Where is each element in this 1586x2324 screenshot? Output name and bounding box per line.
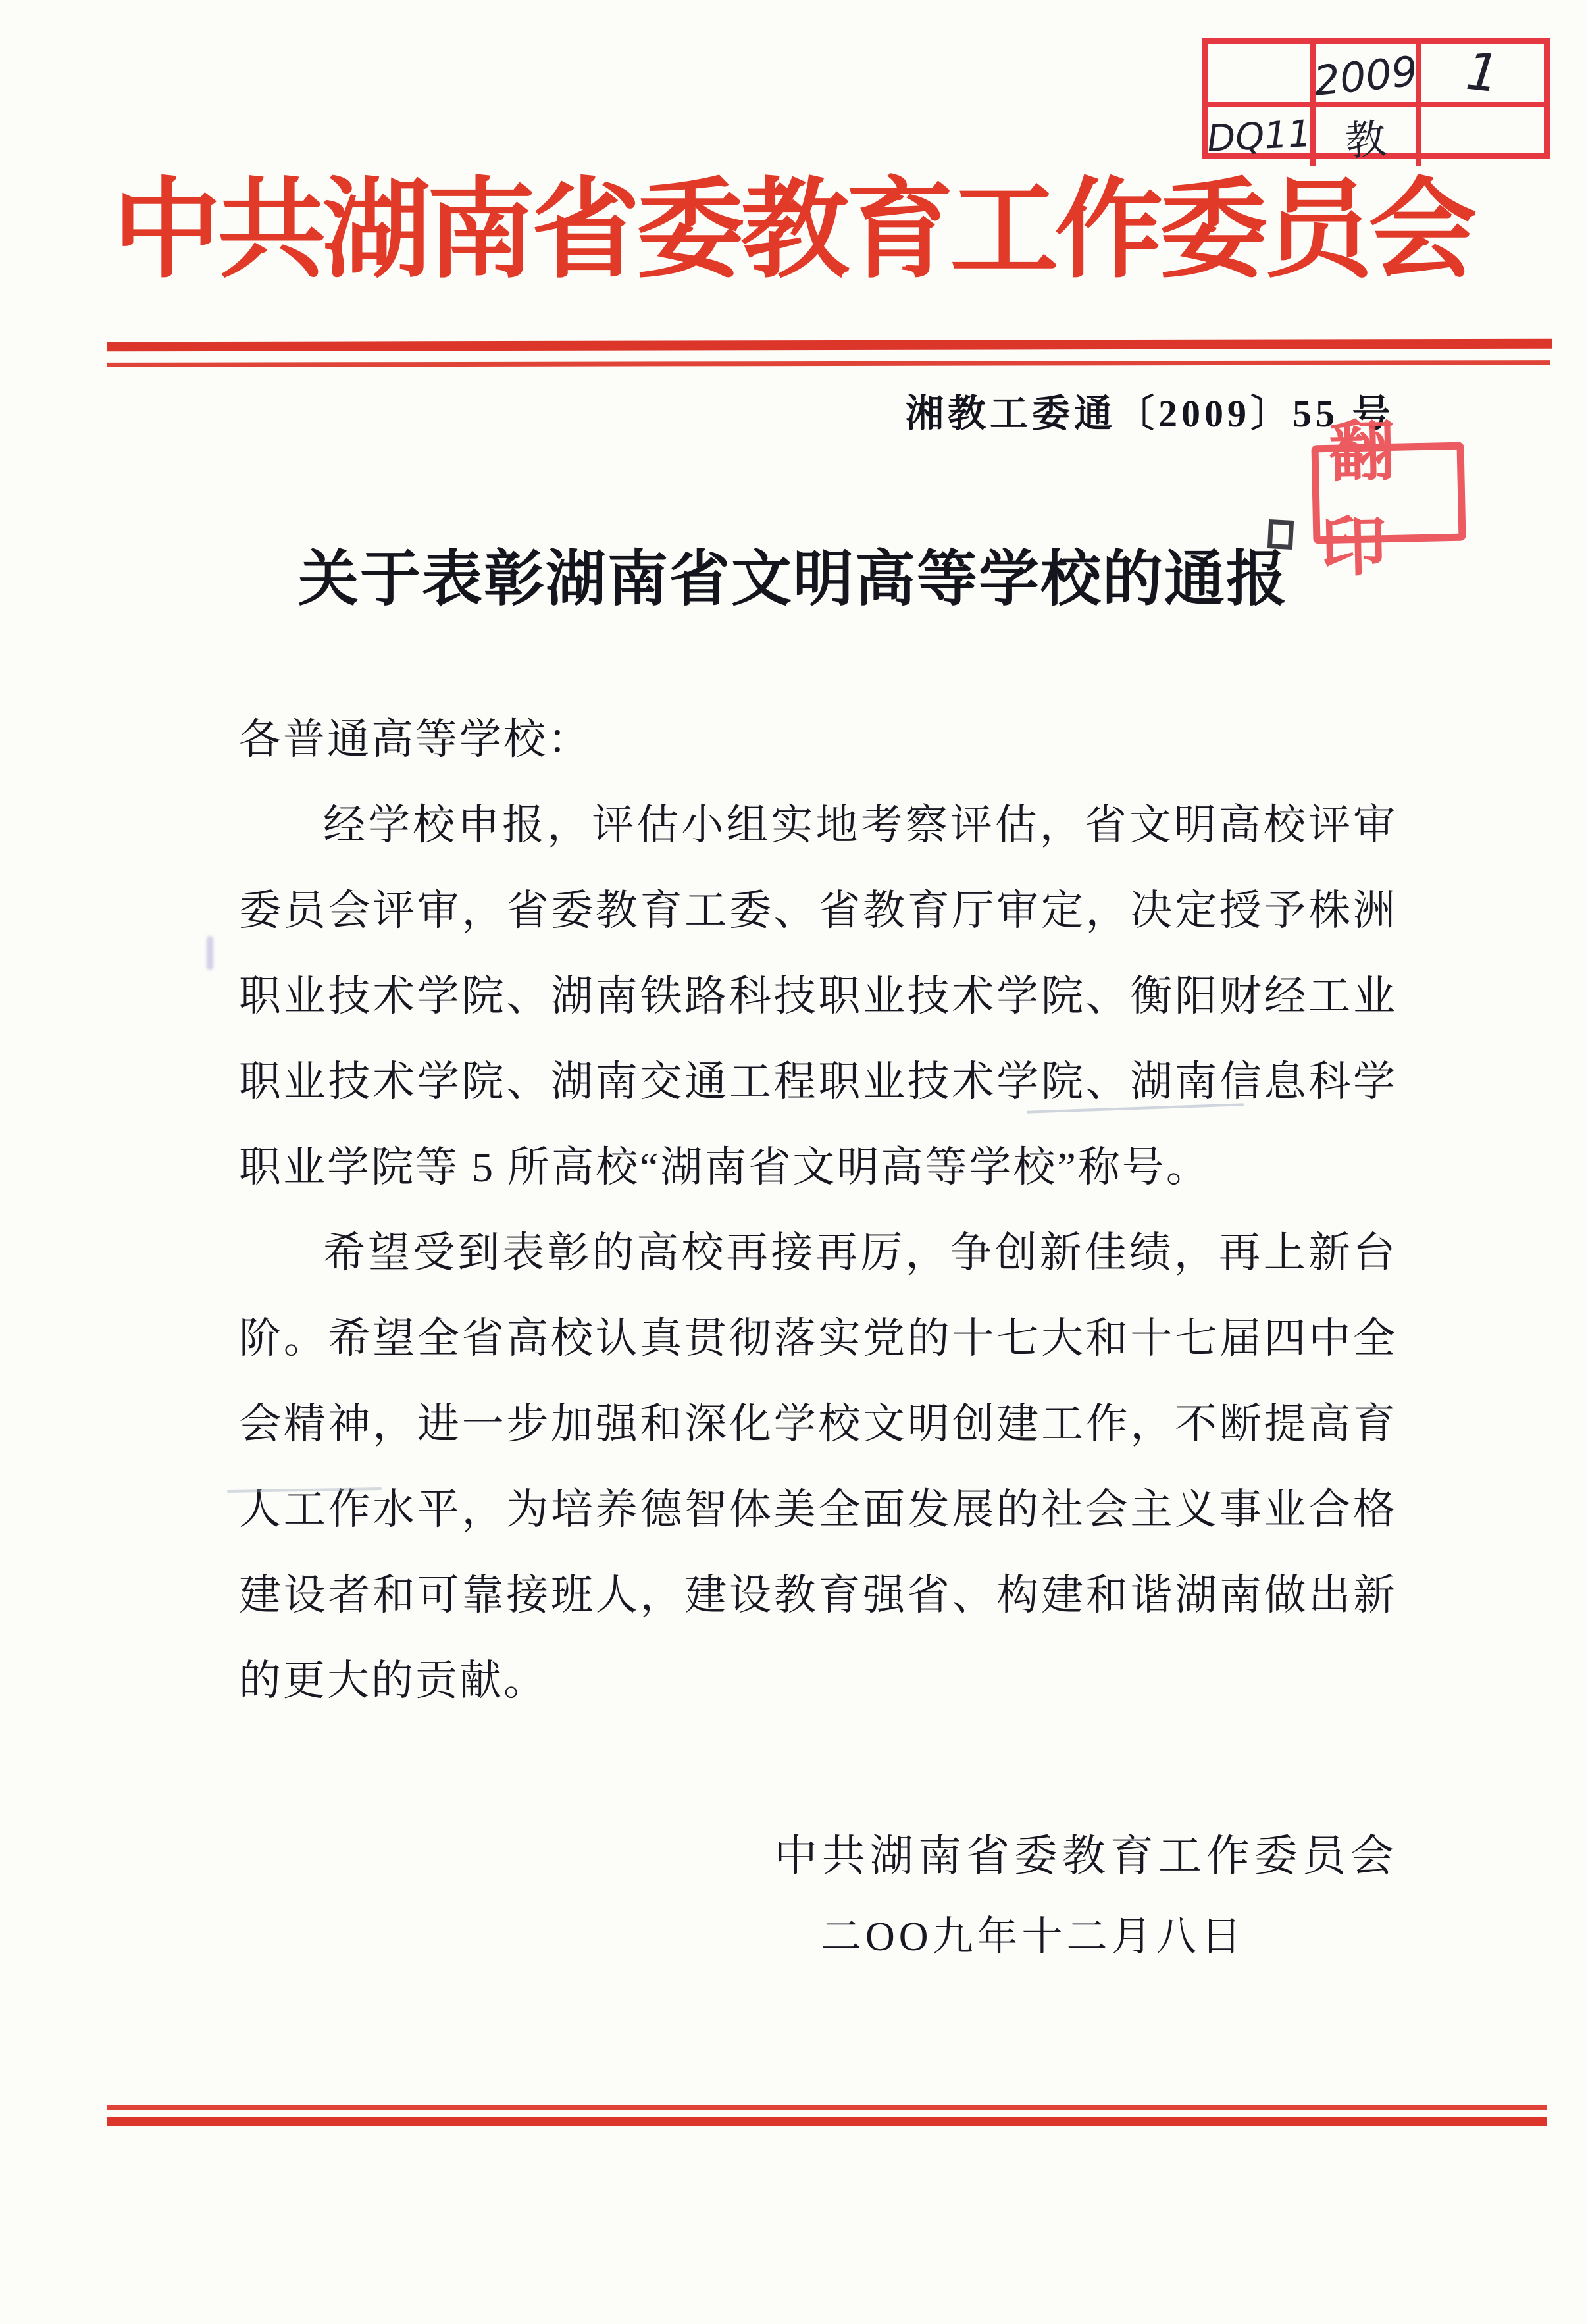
handwritten-number: 1 bbox=[1463, 42, 1502, 105]
handwritten-year: 2009 bbox=[1312, 46, 1420, 105]
handwritten-code: DQ11 bbox=[1206, 113, 1312, 161]
letterhead-org-title: 中共湖南省委教育工作委员会 bbox=[0, 162, 1586, 300]
scan-smudge-artifact bbox=[207, 936, 213, 970]
filing-registry-box: 2009 1 DQ11 教 bbox=[1202, 38, 1550, 159]
footer-rule-thin bbox=[107, 2105, 1547, 2110]
filing-cell-empty bbox=[1208, 44, 1316, 107]
letterhead-rule-thin bbox=[107, 360, 1550, 367]
reprint-stamp: 翻印 bbox=[1311, 442, 1466, 544]
scanned-document-page: 2009 1 DQ11 教 中共湖南省委教育工作委员会 湘教工委通〔2009〕5… bbox=[0, 0, 1586, 2324]
document-title: 关于表彰湖南省文明高等学校的通报 bbox=[0, 530, 1586, 617]
body-paragraph-1: 经学校申报，评估小组实地考察评估，省文明高校评审委员会评审，省委教育工委、省教育… bbox=[239, 783, 1397, 1210]
handwritten-category: 教 bbox=[1343, 106, 1388, 167]
salutation-line: 各普通高等学校： bbox=[239, 697, 1397, 783]
document-body: 各普通高等学校： 经学校申报，评估小组实地考察评估，省文明高校评审委员会评审，省… bbox=[239, 697, 1397, 1724]
filing-cell-empty2 bbox=[1421, 107, 1544, 166]
footer-rule-thick bbox=[107, 2117, 1547, 2126]
signature-organization: 中共湖南省委教育工作委员会 bbox=[774, 1820, 1398, 1883]
letterhead-rule-thick bbox=[107, 339, 1552, 352]
body-paragraph-2: 希望受到表彰的高校再接再厉，争创新佳绩，再上新台阶。希望全省高校认真贯彻落实党的… bbox=[239, 1210, 1397, 1724]
filing-cell-year: 2009 bbox=[1316, 44, 1421, 107]
filing-cell-number: 1 bbox=[1421, 44, 1544, 107]
filing-cell-category: 教 bbox=[1316, 107, 1421, 166]
signature-date: 二OO九年十二月八日 bbox=[821, 1903, 1246, 1962]
filing-cell-code: DQ11 bbox=[1208, 107, 1316, 166]
